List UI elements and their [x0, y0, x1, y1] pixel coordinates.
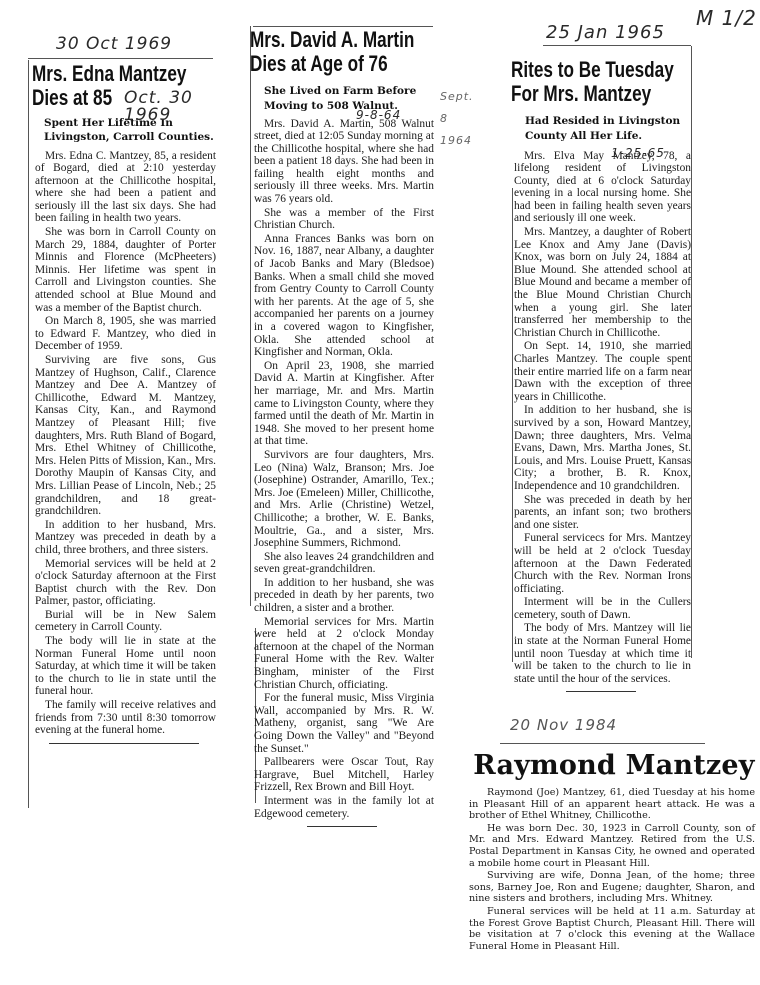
martin-margin-annotation: Sept. 8 1964 — [440, 86, 476, 152]
obituary-edna-mantzey: Mrs. Edna Mantzey Dies at 85 Oct. 30 196… — [32, 62, 216, 744]
paragraph: Anna Frances Banks was born on Nov. 16, … — [254, 233, 434, 359]
paragraph: The body will lie in state at the Norman… — [35, 635, 216, 698]
paragraph: Mrs. Mantzey, a daughter of Robert Lee K… — [514, 226, 691, 339]
end-rule — [307, 826, 377, 827]
paragraph: For the funeral music, Miss Virginia Wal… — [254, 692, 434, 755]
paragraph: Surviving are five sons, Gus Mantzey of … — [35, 354, 216, 518]
edna-date-annotation: 30 Oct 1969 — [56, 34, 172, 54]
obituary-raymond-mantzey: Raymond Mantzey Raymond (Joe) Mantzey, 6… — [455, 750, 755, 953]
paragraph: Interment was in the family lot at Edgew… — [254, 795, 434, 820]
paragraph: Mrs. Edna C. Mantzey, 85, a resident of … — [35, 150, 216, 226]
paragraph: In addition to her husband, Mrs. Mantzey… — [35, 519, 216, 557]
paragraph: Raymond (Joe) Mantzey, 61, died Tuesday … — [469, 787, 755, 822]
article-body: Mrs. David A. Martin, 508 Walnut street,… — [250, 118, 434, 821]
obituary-elva-may-mantzey: Rites to Be Tuesday For Mrs. Mantzey Had… — [511, 58, 691, 692]
headline: Raymond Mantzey — [473, 750, 755, 781]
inline-date-annotation: 1-25-65 — [611, 146, 665, 160]
headline: Rites to Be Tuesday For Mrs. Mantzey — [511, 58, 651, 106]
divider — [28, 58, 213, 59]
paragraph: On April 23, 1908, she married David A. … — [254, 360, 434, 448]
divider — [500, 743, 705, 744]
end-rule — [566, 691, 636, 692]
article-body: Mrs. Elva May Mantzey, 78, a lifelong re… — [511, 150, 691, 686]
inline-date-annotation: Oct. 30 1969 — [124, 90, 204, 124]
ref-code-annotation: M 1/2 — [696, 6, 757, 30]
end-rule — [49, 743, 199, 744]
paragraph: The family will receive relatives and fr… — [35, 699, 216, 737]
subheadline: She Lived on Farm Before Moving to 508 W… — [250, 84, 434, 114]
raymond-date-annotation: 20 Nov 1984 — [510, 716, 617, 734]
article-body: Mrs. Edna C. Mantzey, 85, a resident of … — [32, 150, 216, 737]
paragraph: Mrs. David A. Martin, 508 Walnut street,… — [254, 118, 434, 206]
divider — [28, 60, 29, 808]
paragraph: Funeral services will be held at 11 a.m.… — [469, 906, 755, 952]
paragraph: On Sept. 14, 1910, she married Charles M… — [514, 340, 691, 403]
paragraph: She also leaves 24 grandchildren and sev… — [254, 551, 434, 576]
paragraph: In addition to her husband, she was prec… — [254, 577, 434, 615]
paragraph: Burial will be in New Salem cemetery in … — [35, 609, 216, 634]
paragraph: On March 8, 1905, she was married to Edw… — [35, 315, 216, 353]
paragraph: Interment will be in the Cullers cemeter… — [514, 596, 691, 621]
paragraph: Memorial services for Mrs. Martin were h… — [254, 616, 434, 692]
article-body: Raymond (Joe) Mantzey, 61, died Tuesday … — [455, 787, 755, 952]
paragraph: Pallbearers were Oscar Tout, Ray Hargrav… — [254, 756, 434, 794]
inline-date-annotation: 9-8-64 — [356, 108, 401, 122]
obituary-david-a-martin: Mrs. David A. Martin Dies at Age of 76 S… — [250, 28, 434, 827]
paragraph: She was preceded in death by her parents… — [514, 494, 691, 532]
paragraph: He was born Dec. 30, 1923 in Carroll Cou… — [469, 823, 755, 869]
elva-date-annotation: 25 Jan 1965 — [546, 22, 665, 43]
paragraph: The body of Mrs. Mantzey will lie in sta… — [514, 622, 691, 685]
paragraph: Funeral servicecs for Mrs. Mantzey will … — [514, 532, 691, 595]
paragraph: She was born in Carroll County on March … — [35, 226, 216, 314]
headline: Mrs. David A. Martin Dies at Age of 76 — [250, 28, 394, 76]
divider — [691, 46, 692, 658]
subheadline: Had Resided in Livingston County All Her… — [511, 114, 691, 144]
paragraph: Survivors are four daughters, Mrs. Leo (… — [254, 449, 434, 550]
paragraph: Memorial services will be held at 2 o'cl… — [35, 558, 216, 608]
divider — [543, 45, 691, 46]
paragraph: Surviving are wife, Donna Jean, of the h… — [469, 870, 755, 905]
paragraph: She was a member of the First Christian … — [254, 207, 434, 232]
paragraph: In addition to her husband, she is survi… — [514, 404, 691, 492]
paragraph: Mrs. Elva May Mantzey, 78, a lifelong re… — [514, 150, 691, 226]
